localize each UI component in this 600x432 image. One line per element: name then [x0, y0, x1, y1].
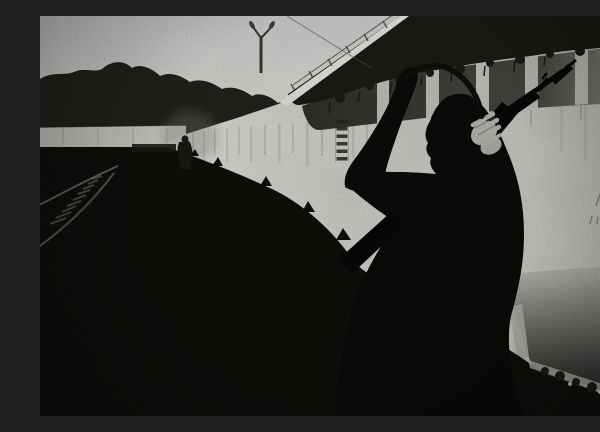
photo-canvas — [40, 16, 600, 416]
vignette — [40, 16, 600, 416]
photograph — [40, 16, 600, 416]
